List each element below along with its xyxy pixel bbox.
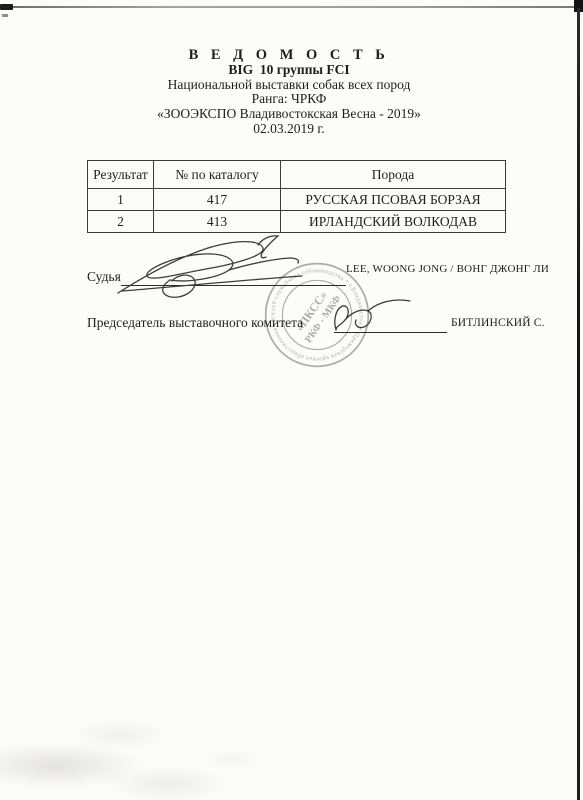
document-subtitle: BIG 10 группы FCI (0, 63, 578, 78)
cell-breed: ИРЛАНДСКИЙ ВОЛКОДАВ (281, 211, 506, 233)
cell-catalog-number: 413 (154, 211, 281, 233)
col-header-catalog-number: № по каталогу (154, 161, 281, 189)
judge-name: LEE, WOONG JONG / ВОНГ ДЖОНГ ЛИ (346, 263, 549, 275)
scanned-document-page: В Е Д О М О С Т Ь BIG 10 группы FCI Наци… (0, 0, 583, 800)
col-header-breed: Порода (281, 161, 506, 189)
header-date: 02.03.2019 г. (0, 122, 578, 137)
header-show-name: «ЗООЭКСПО Владивостокская Весна - 2019» (0, 107, 578, 122)
table-header-row: Результат № по каталогу Порода (88, 161, 506, 189)
cell-result: 1 (88, 189, 154, 211)
header-show-type: Национальной выставки собак всех пород (0, 78, 578, 93)
scan-noise-bottom-left (0, 710, 400, 800)
judge-signature (112, 231, 308, 303)
table-row: 2 413 ИРЛАНДСКИЙ ВОЛКОДАВ (88, 211, 506, 233)
chairman-signature (328, 294, 414, 336)
cell-catalog-number: 417 (154, 189, 281, 211)
chairman-label: Председатель выставочного комитета (87, 315, 303, 331)
cell-result: 2 (88, 211, 154, 233)
document-title: В Е Д О М О С Т Ь (0, 48, 578, 63)
scan-top-edge-line (0, 6, 583, 8)
scan-corner-mark-top-left (0, 4, 13, 10)
col-header-result: Результат (88, 161, 154, 189)
scan-smudge-top-left (2, 14, 8, 17)
table-row: 1 417 РУССКАЯ ПСОВАЯ БОРЗАЯ (88, 189, 506, 211)
results-table: Результат № по каталогу Порода 1 417 РУС… (87, 160, 506, 233)
header-rank: Ранга: ЧРКФ (0, 92, 578, 107)
cell-breed: РУССКАЯ ПСОВАЯ БОРЗАЯ (281, 189, 506, 211)
document-header: В Е Д О М О С Т Ь BIG 10 группы FCI Наци… (0, 48, 578, 137)
chairman-name: БИТЛИНСКИЙ С. (451, 317, 545, 329)
